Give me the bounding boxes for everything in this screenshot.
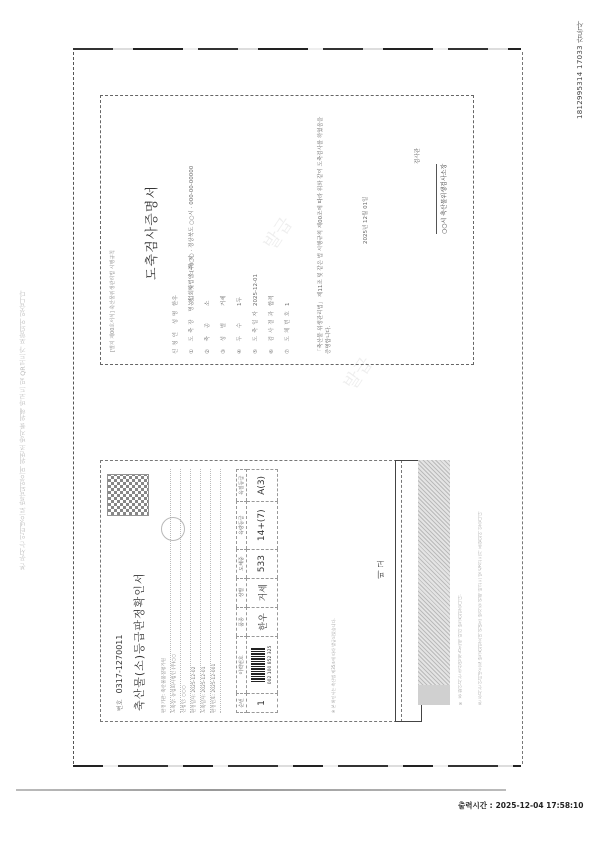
inspection-row: ⑥ 검사결과합격 [267, 295, 275, 354]
inspection-header-note: [별지 제00호서식] 축산물위생관리법 시행규칙 [109, 250, 116, 352]
document-side-id: 1812995314 17033 감독사 [575, 10, 589, 130]
inspection-issuer: ○○시 축산물위생검사소장 [436, 164, 448, 234]
inspection-row: ① 도축장 명칭 및 소재지농업회사법인 (주)○○ · 경상북도 ○○시 · … [187, 166, 195, 354]
inspection-row: ④ 두 수1두 [235, 297, 243, 354]
inspection-row: ⑦ 도체번호1 [283, 303, 291, 355]
inspection-row: ③ 성 별거세 [219, 295, 227, 354]
inspection-certificate-title: 도축검사증명서 [141, 185, 160, 280]
official-seal-icon [161, 517, 185, 541]
grade-certificate-panel: 번호0317-1270011 축산물(소)등급판정확인서 판정기관: 축산물품질… [100, 460, 402, 722]
faint-notes-column: 본 문서는 인터넷으로 발급되었으며 위변조 방지를 위해 바코드 및 QR코드… [478, 465, 488, 705]
faint-notes-column: ※ 본 확인서는 축산법 제35조에 따라 발급되었습니다. [458, 465, 468, 705]
scan-frame-bottom-edge [73, 765, 521, 767]
footer-divider [16, 789, 506, 791]
left-margin-faint-text: 본 문서는 인터넷으로 발급되었으며 위변조 방지를 위해 바코드 및 QR코드… [18, 240, 32, 570]
inspection-certificate-panel: [별지 제00호서식] 축산물위생관리법 시행규칙 도축검사증명서 신청인 성명… [100, 95, 474, 365]
security-pattern-area [418, 460, 450, 685]
inspection-date: 2025년 12월 01일 [361, 197, 369, 244]
inspection-row: ⑤ 도축일자2025-12-01 [251, 274, 259, 354]
grade-certificate-number: 번호0317-1270011 [115, 635, 124, 711]
grade-info-block: 판정기관: 축산물품질평가원 도축장: 농업회사법인 (주)○○ 신청인: ○○… [161, 469, 221, 713]
remarks-label: 비 고 [375, 560, 389, 579]
grade-result-table: 순번 이력번호 품종 성별 도체중 육량등급 육질등급 1 002 100 85… [236, 469, 278, 713]
print-time: 출력시간 :2025-12-04 17:58:10 [458, 800, 587, 811]
inspection-row: 신청인 성명한우 [171, 295, 179, 354]
inspection-row: ② 축 종소 [203, 301, 211, 354]
scan-frame-top-edge [73, 48, 521, 50]
inspection-statement: 「축산물 위생관리법」 제11조 및 같은 법 시행규칙 제00조에 따라 위와… [316, 114, 332, 354]
grade-footnote: ※ 본 확인서는 축산법 제35조에 따라 발급되었습니다. [331, 469, 337, 713]
qr-code-icon [107, 474, 149, 516]
grade-certificate-title: 축산물(소)등급판정확인서 [131, 573, 147, 711]
inspection-signer: 검사관 [413, 148, 421, 164]
barcode-icon [251, 648, 265, 682]
table-row: 1 002 100 852 325 한우 거세 533 14+(7) A(3) [247, 470, 278, 713]
security-pattern-footer [418, 685, 450, 705]
